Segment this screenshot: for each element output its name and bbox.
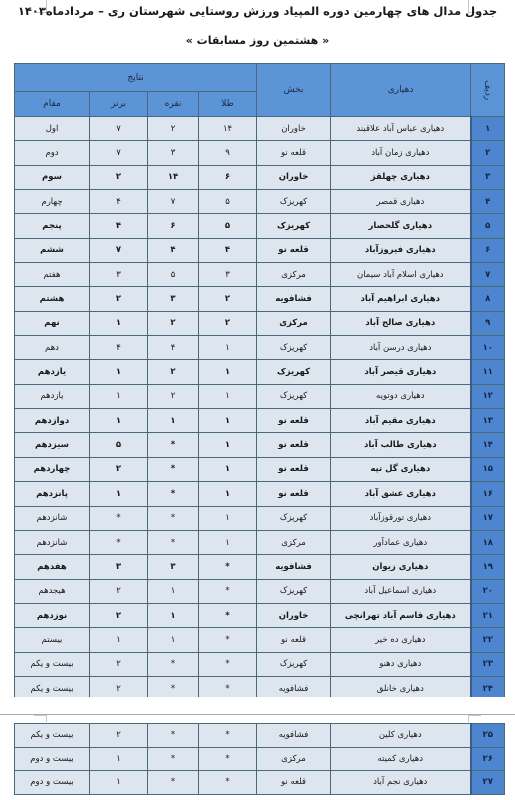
table-row: ۵دهیاری گلحصارکهریزک۵۶۴پنجم [15, 214, 505, 238]
cell-village: دهیاری تورقوزآباد [331, 506, 471, 530]
cell-village: دهیاری چهلقز [331, 165, 471, 189]
cell-silver: ۶ [148, 214, 199, 238]
table-row: ۹دهیاری صالح آبادمرکزی۲۲۱نهم [15, 311, 505, 335]
header-silver: نقره [148, 92, 199, 117]
cell-gold: * [199, 724, 257, 748]
cell-rank: بیست و دوم [15, 747, 90, 771]
cell-bronze: * [90, 506, 148, 530]
cell-bronze: ۱ [90, 409, 148, 433]
cell-row-index: ۲ [471, 141, 505, 165]
cell-bronze: ۴ [90, 336, 148, 360]
cell-village: دهیاری صالح آباد [331, 311, 471, 335]
cell-silver: * [148, 457, 199, 481]
cell-district: مرکزی [257, 530, 331, 554]
header-row-index: ردیف [471, 64, 505, 117]
header-bronze: برنز [90, 92, 148, 117]
cell-gold: ۱ [199, 360, 257, 384]
cell-village: دهیاری کلین [331, 724, 471, 748]
cell-rank: سوم [15, 165, 90, 189]
table-row: ۳دهیاری چهلقزخاوران۶۱۴۲سوم [15, 165, 505, 189]
cell-district: کهریزک [257, 190, 331, 214]
cell-district: خاوران [257, 165, 331, 189]
cell-bronze: ۱ [90, 311, 148, 335]
cell-silver: * [148, 433, 199, 457]
cell-row-index: ۹ [471, 311, 505, 335]
cell-silver: * [148, 482, 199, 506]
cell-district: کهریزک [257, 652, 331, 676]
cell-district: قلعه نو [257, 482, 331, 506]
cell-village: دهیاری زمان آباد [331, 141, 471, 165]
cell-row-index: ۲۱ [471, 603, 505, 627]
cell-bronze: ۱ [90, 482, 148, 506]
header-district: بخش [257, 64, 331, 117]
table-row: ۲۷دهیاری نجم آبادقلعه نو**۱بیست و دوم [15, 771, 505, 795]
cell-silver: ۳ [148, 555, 199, 579]
cell-district: قلعه نو [257, 457, 331, 481]
cell-bronze: ۱ [90, 747, 148, 771]
cell-village: دهیاری نجم آباد [331, 771, 471, 795]
cell-gold: * [199, 628, 257, 652]
cell-bronze: ۴ [90, 190, 148, 214]
cell-rank: هفتم [15, 263, 90, 287]
cell-row-index: ۱۹ [471, 555, 505, 579]
table-row: ۱۲دهیاری دوتویهکهریزک۱۲۱یازدهم [15, 384, 505, 408]
table-row: ۶دهیاری فیروزآبادقلعه نو۴۴۷ششم [15, 238, 505, 262]
cell-gold: * [199, 747, 257, 771]
cell-gold: * [199, 652, 257, 676]
cell-silver: ۳ [148, 141, 199, 165]
cell-gold: * [199, 603, 257, 627]
table-row: ۲۵دهیاری کلینفشافویه**۲بیست و یکم [15, 724, 505, 748]
cell-rank: بیستم [15, 628, 90, 652]
table-row: ۲دهیاری زمان آبادقلعه نو۹۳۷دوم [15, 141, 505, 165]
cell-gold: ۵ [199, 190, 257, 214]
cell-rank: هیجدهم [15, 579, 90, 603]
cell-village: دهیاری فیروزآباد [331, 238, 471, 262]
cell-bronze: ۳ [90, 263, 148, 287]
cell-row-index: ۴ [471, 190, 505, 214]
cell-row-index: ۵ [471, 214, 505, 238]
cell-row-index: ۱۳ [471, 409, 505, 433]
cell-bronze: ۱ [90, 628, 148, 652]
cell-village: دهیاری اسلام آباد سیمان [331, 263, 471, 287]
page-break-line [0, 714, 515, 715]
cell-rank: چهاردهم [15, 457, 90, 481]
table-row: ۷دهیاری اسلام آباد سیمانمرکزی۳۵۳هفتم [15, 263, 505, 287]
cell-silver: ۲ [148, 117, 199, 141]
cell-silver: ۱ [148, 579, 199, 603]
cell-row-index: ۱۰ [471, 336, 505, 360]
table-row: ۲۱دهیاری قاسم آباد تهرانچیخاوران*۱۲نوزده… [15, 603, 505, 627]
cell-gold: ۱۴ [199, 117, 257, 141]
cell-silver: * [148, 771, 199, 795]
cell-rank: سیزدهم [15, 433, 90, 457]
cell-village: دهیاری عباس آباد علاقبند [331, 117, 471, 141]
cell-gold: ۱ [199, 384, 257, 408]
cell-silver: * [148, 506, 199, 530]
table-row: ۱۹دهیاری زیوانفشافویه*۳۳هفدهم [15, 555, 505, 579]
cell-bronze: ۲ [90, 603, 148, 627]
cell-rank: بیست و یکم [15, 652, 90, 676]
cell-district: قلعه نو [257, 141, 331, 165]
cell-row-index: ۲۰ [471, 579, 505, 603]
cell-bronze: ۲ [90, 579, 148, 603]
cell-gold: ۱ [199, 457, 257, 481]
cell-silver: ۵ [148, 263, 199, 287]
cell-district: فشافویه [257, 287, 331, 311]
table-row: ۸دهیاری ابراهیم آبادفشافویه۲۳۲هشتم [15, 287, 505, 311]
cell-rank: یازدهم [15, 360, 90, 384]
table-row: ۱۳دهیاری مقیم آبادقلعه نو۱۱۱دوازدهم [15, 409, 505, 433]
cell-row-index: ۲۵ [471, 724, 505, 748]
cell-gold: ۱ [199, 530, 257, 554]
cell-bronze: ۲ [90, 165, 148, 189]
cell-silver: * [148, 652, 199, 676]
cell-silver: ۳ [148, 287, 199, 311]
document-title: جدول مدال های چهارمین دوره المپیاد ورزش … [0, 4, 515, 18]
cell-bronze: ۳ [90, 555, 148, 579]
cell-silver: ۴ [148, 238, 199, 262]
cell-rank: دوم [15, 141, 90, 165]
cell-silver: ۷ [148, 190, 199, 214]
cell-district: فشافویه [257, 555, 331, 579]
cell-rank: هفدهم [15, 555, 90, 579]
table-row: ۲۶دهیاری کمیتهمرکزی**۱بیست و دوم [15, 747, 505, 771]
cell-district: کهریزک [257, 384, 331, 408]
cell-bronze: * [90, 530, 148, 554]
page-corner-mark [34, 715, 47, 722]
cell-silver: ۱ [148, 409, 199, 433]
cell-district: مرکزی [257, 311, 331, 335]
cell-gold: ۴ [199, 238, 257, 262]
table-row: ۱۷دهیاری تورقوزآبادکهریزک۱**شانزدهم [15, 506, 505, 530]
cell-gold: * [199, 555, 257, 579]
cell-gold: ۱ [199, 409, 257, 433]
cell-district: قلعه نو [257, 771, 331, 795]
header-rank: مقام [15, 92, 90, 117]
cell-silver: ۲ [148, 384, 199, 408]
table-row: ۲۰دهیاری اسماعیل آبادکهریزک*۱۲هیجدهم [15, 579, 505, 603]
cell-row-index: ۱۴ [471, 433, 505, 457]
cell-district: قلعه نو [257, 238, 331, 262]
cell-district: مرکزی [257, 747, 331, 771]
cell-bronze: ۱ [90, 384, 148, 408]
cell-district: قلعه نو [257, 409, 331, 433]
cell-rank: چهارم [15, 190, 90, 214]
cell-bronze: ۲ [90, 457, 148, 481]
cell-village: دهیاری عمادآور [331, 530, 471, 554]
cell-gold: ۲ [199, 287, 257, 311]
cell-silver: ۲ [148, 360, 199, 384]
cell-gold: ۱ [199, 506, 257, 530]
cell-district: کهریزک [257, 360, 331, 384]
cell-row-index: ۷ [471, 263, 505, 287]
document-subtitle: « هشتمین روز مسابقات » [0, 34, 515, 47]
cell-rank: یازدهم [15, 384, 90, 408]
cell-rank: پانزدهم [15, 482, 90, 506]
cell-row-index: ۲۳ [471, 652, 505, 676]
table-row: ۱۱دهیاری قیصر آبادکهریزک۱۲۱یازدهم [15, 360, 505, 384]
cell-village: دهیاری ابراهیم آباد [331, 287, 471, 311]
cell-gold: ۳ [199, 263, 257, 287]
header-village: دهیاری [331, 64, 471, 117]
cell-village: دهیاری گلحصار [331, 214, 471, 238]
cell-silver: * [148, 724, 199, 748]
cell-bronze: ۲ [90, 724, 148, 748]
cell-bronze: ۷ [90, 141, 148, 165]
cell-row-index: ۲۲ [471, 628, 505, 652]
cell-bronze: ۷ [90, 117, 148, 141]
cell-rank: هشتم [15, 287, 90, 311]
cell-village: دهیاری قیصر آباد [331, 360, 471, 384]
cell-silver: ۱ [148, 628, 199, 652]
cell-silver: * [148, 530, 199, 554]
table-row: ۱۸دهیاری عمادآورمرکزی۱**شانزدهم [15, 530, 505, 554]
cell-village: دهیاری مقیم آباد [331, 409, 471, 433]
cell-row-index: ۱۸ [471, 530, 505, 554]
cell-rank: ششم [15, 238, 90, 262]
cell-row-index: ۱۲ [471, 384, 505, 408]
table-row: ۲۳دهیاری دهنوکهریزک**۲بیست و یکم [15, 652, 505, 676]
table-row: ۱دهیاری عباس آباد علاقبندخاوران۱۴۲۷اول [15, 117, 505, 141]
cell-village: دهیاری قاسم آباد تهرانچی [331, 603, 471, 627]
cell-row-index: ۳ [471, 165, 505, 189]
cell-row-index: ۱۶ [471, 482, 505, 506]
cell-rank: نوزدهم [15, 603, 90, 627]
cell-district: فشافویه [257, 724, 331, 748]
cell-district: قلعه نو [257, 433, 331, 457]
cell-district: خاوران [257, 117, 331, 141]
table-row: ۴دهیاری قمصرکهریزک۵۷۴چهارم [15, 190, 505, 214]
cell-rank: دهم [15, 336, 90, 360]
cell-gold: ۶ [199, 165, 257, 189]
cell-village: دهیاری درسن آباد [331, 336, 471, 360]
cell-rank: پنجم [15, 214, 90, 238]
cell-rank: اول [15, 117, 90, 141]
cell-row-index: ۸ [471, 287, 505, 311]
cell-village: دهیاری قمصر [331, 190, 471, 214]
cell-village: دهیاری اسماعیل آباد [331, 579, 471, 603]
cell-village: دهیاری ده خیر [331, 628, 471, 652]
cell-row-index: ۶ [471, 238, 505, 262]
page-corner-mark [468, 715, 481, 722]
medal-table-continued: ۲۵دهیاری کلینفشافویه**۲بیست و یکم۲۶دهیار… [14, 723, 505, 795]
cell-village: دهیاری زیوان [331, 555, 471, 579]
cell-bronze: ۴ [90, 214, 148, 238]
cell-gold: ۱ [199, 336, 257, 360]
cell-bronze: ۵ [90, 433, 148, 457]
cell-gold: ۱ [199, 482, 257, 506]
cell-district: کهریزک [257, 579, 331, 603]
cell-row-index: ۲۶ [471, 747, 505, 771]
cell-bronze: ۲ [90, 652, 148, 676]
cell-bronze: ۱ [90, 771, 148, 795]
cell-gold: ۹ [199, 141, 257, 165]
table-row: ۱۰دهیاری درسن آبادکهریزک۱۴۴دهم [15, 336, 505, 360]
cell-bronze: ۷ [90, 238, 148, 262]
cell-rank: دوازدهم [15, 409, 90, 433]
cell-row-index: ۱ [471, 117, 505, 141]
cell-district: کهریزک [257, 336, 331, 360]
cell-row-index: ۱۷ [471, 506, 505, 530]
header-gold: طلا [199, 92, 257, 117]
cell-silver: ۲ [148, 311, 199, 335]
cell-village: دهیاری دوتویه [331, 384, 471, 408]
cell-silver: ۱ [148, 603, 199, 627]
cell-bronze: ۲ [90, 287, 148, 311]
cell-gold: * [199, 771, 257, 795]
medal-table: ردیف دهیاری بخش نتایج طلا نقره برنز مقام… [14, 63, 505, 701]
cell-bronze: ۱ [90, 360, 148, 384]
cell-gold: ۵ [199, 214, 257, 238]
table-row: ۱۵دهیاری گل تپهقلعه نو۱*۲چهاردهم [15, 457, 505, 481]
table-row: ۱۶دهیاری عشق آبادقلعه نو۱*۱پانزدهم [15, 482, 505, 506]
cell-village: دهیاری عشق آباد [331, 482, 471, 506]
cell-row-index: ۲۷ [471, 771, 505, 795]
cell-district: قلعه نو [257, 628, 331, 652]
cell-village: دهیاری گل تپه [331, 457, 471, 481]
cell-village: دهیاری کمیته [331, 747, 471, 771]
cell-rank: نهم [15, 311, 90, 335]
header-results: نتایج [15, 64, 257, 92]
cell-silver: * [148, 747, 199, 771]
cell-district: مرکزی [257, 263, 331, 287]
table-row: ۱۴دهیاری طالب آبادقلعه نو۱*۵سیزدهم [15, 433, 505, 457]
page-gap [0, 697, 515, 714]
cell-gold: ۲ [199, 311, 257, 335]
cell-row-index: ۱۵ [471, 457, 505, 481]
cell-district: کهریزک [257, 506, 331, 530]
table-row: ۲۲دهیاری ده خیرقلعه نو*۱۱بیستم [15, 628, 505, 652]
cell-district: خاوران [257, 603, 331, 627]
cell-village: دهیاری دهنو [331, 652, 471, 676]
cell-gold: * [199, 579, 257, 603]
cell-rank: شانزدهم [15, 506, 90, 530]
cell-rank: بیست و یکم [15, 724, 90, 748]
cell-district: کهریزک [257, 214, 331, 238]
cell-silver: ۱۴ [148, 165, 199, 189]
cell-silver: ۴ [148, 336, 199, 360]
cell-rank: بیست و دوم [15, 771, 90, 795]
cell-village: دهیاری طالب آباد [331, 433, 471, 457]
cell-gold: ۱ [199, 433, 257, 457]
cell-rank: شانزدهم [15, 530, 90, 554]
cell-row-index: ۱۱ [471, 360, 505, 384]
